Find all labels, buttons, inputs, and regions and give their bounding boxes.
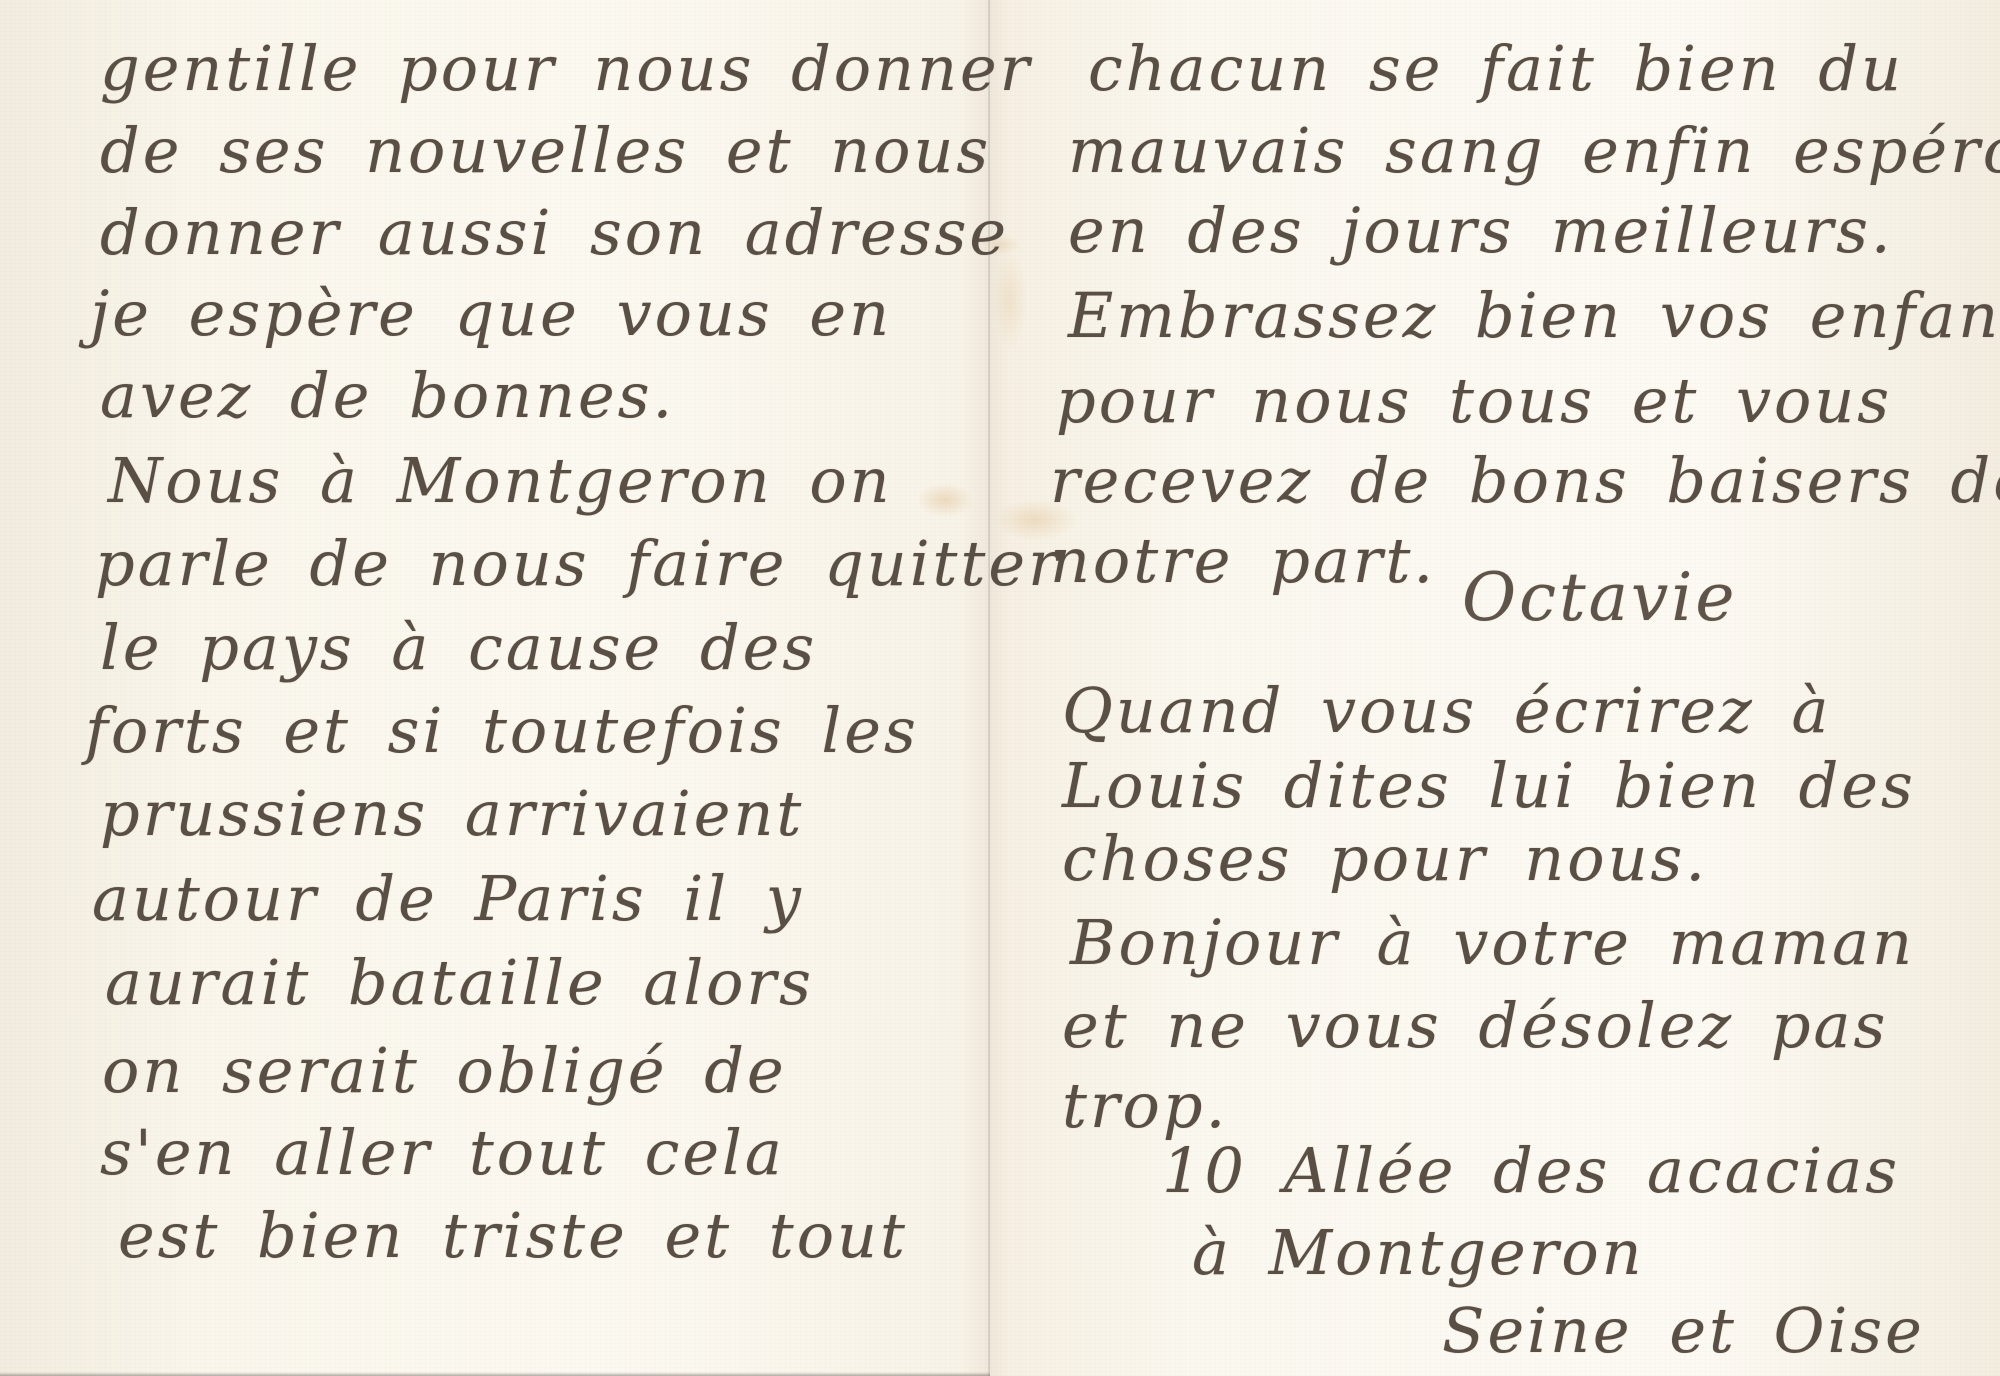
left-line-7: parle de nous faire quitter — [95, 533, 1061, 595]
left-line-4: je espère que vous en — [90, 283, 892, 345]
left-page: gentille pour nous donner de ses nouvell… — [0, 0, 988, 1376]
left-line-11: autour de Paris il y — [92, 868, 804, 930]
left-line-12: aurait bataille alors — [105, 952, 814, 1014]
postscript-line-5: et ne vous désolez pas — [1062, 995, 1888, 1057]
left-line-1: gentille pour nous donner — [100, 38, 1032, 100]
postscript-line-1: Quand vous écrirez à — [1062, 680, 1831, 742]
left-line-2: de ses nouvelles et nous — [100, 120, 991, 182]
right-line-7: notre part. — [1050, 530, 1436, 592]
right-page: chacun se fait bien du mauvais sang enfi… — [992, 0, 2000, 1376]
signature-octavie: Octavie — [1462, 565, 1737, 631]
left-line-10: prussiens arrivaient — [100, 783, 804, 845]
left-line-13: on serait obligé de — [102, 1040, 787, 1102]
right-line-2: mauvais sang enfin espérons — [1068, 120, 2000, 182]
address-line-3: Seine et Oise — [1442, 1300, 1925, 1362]
left-line-9: forts et si toutefois les — [85, 700, 919, 762]
address-line-2: à Montgeron — [1192, 1222, 1645, 1284]
letter-sheet: gentille pour nous donner de ses nouvell… — [0, 0, 2000, 1376]
postscript-line-2: Louis dites lui bien des — [1062, 755, 1916, 817]
right-line-1: chacun se fait bien du — [1088, 38, 1904, 100]
postscript-line-3: choses pour nous. — [1062, 828, 1708, 890]
left-line-14: s'en aller tout cela — [100, 1122, 785, 1184]
left-line-3: donner aussi son adresse — [100, 202, 1009, 264]
right-line-5: pour nous tous et vous — [1056, 370, 1892, 432]
address-line-1: 10 Allée des acacias — [1162, 1140, 1900, 1202]
postscript-line-6: trop. — [1062, 1075, 1228, 1137]
right-line-3: en des jours meilleurs. — [1068, 200, 1894, 262]
left-line-5: avez de bonnes. — [100, 365, 675, 427]
left-line-8: le pays à cause des — [100, 617, 817, 679]
right-line-4: Embrassez bien vos enfants — [1068, 285, 2000, 347]
right-line-6: recevez de bons baisers de — [1050, 450, 2000, 512]
left-line-15: est bien triste et tout — [118, 1205, 908, 1267]
postscript-line-4: Bonjour à votre maman — [1070, 912, 1915, 974]
left-line-6: Nous à Montgeron on — [108, 450, 893, 512]
